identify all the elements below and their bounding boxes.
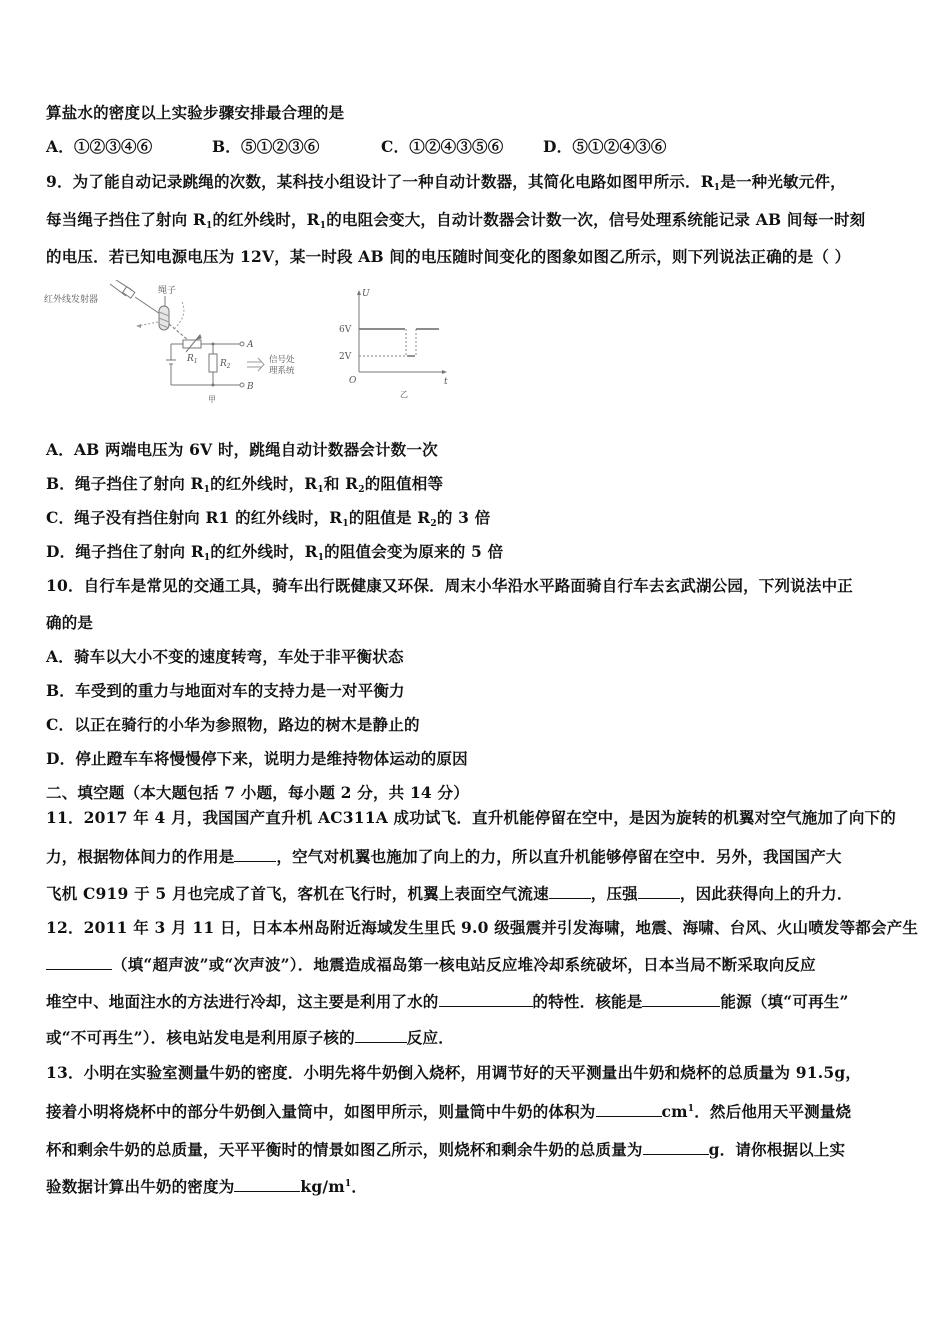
origin-label: O [349, 376, 357, 386]
q12-line-1: 12．2011 年 3 月 11 日，日本本州岛附近海域发生里氏 9.0 级强震… [46, 918, 918, 938]
double-arrow-icon [247, 358, 264, 371]
emitter-label: 红外线发射器 [44, 293, 98, 305]
q9-option-d: D．绳子挡住了射向 R1的红外线时，R1的阻值会变为原来的 5 倍 [46, 542, 503, 562]
q13-line-1: 13．小明在实验室测量牛奶的密度．小明先将牛奶倒入烧杯，用调节好的天平测量出牛奶… [46, 1063, 861, 1083]
tick-2v: 2V [339, 352, 352, 362]
q8-option-a: A．①②③④⑥ [46, 137, 152, 157]
q8-option-b: B．⑤①②③⑥ [212, 137, 320, 157]
circuit-and-graph-figure: 红外线发射器 绳子 [40, 280, 460, 410]
q10-option-c: C．以正在骑行的小华为参照物，路边的树木是静止的 [46, 715, 420, 735]
q10-option-d: D．停止蹬车车将慢慢停下来，说明力是维持物体运动的原因 [46, 749, 468, 769]
section-2-heading: 二、填空题（本大题包括 7 小题，每小题 2 分，共 14 分） [46, 783, 469, 803]
r1-label: R1 [186, 354, 198, 365]
q9-stem-line-3: 的电压．若已知电源电压为 12V，某一时段 AB 间的电压随时间变化的图象如图乙… [46, 247, 850, 267]
q12-blank-1[interactable] [46, 954, 112, 970]
q13-line-2: 接着小明将烧杯中的部分牛奶倒入量筒中，如图甲所示，则量筒中牛奶的体积为cm1．然… [46, 1101, 851, 1122]
rope-icon [159, 296, 169, 330]
r2-label: R2 [219, 359, 231, 370]
axis-u-label: U [362, 289, 370, 299]
axis-t-label: t [444, 377, 448, 387]
q11-line-1: 11．2017 年 4 月，我国国产直升机 AC311A 成功试飞．直升机能停留… [46, 808, 896, 828]
q10-option-a: A．骑车以大小不变的速度转弯，车处于非平衡状态 [46, 647, 404, 667]
q11-blank-2[interactable] [549, 883, 591, 899]
q8-option-c: C．①②④③⑤⑥ [381, 137, 503, 157]
rope-label: 绳子 [158, 285, 176, 296]
figure-a-caption: 甲 [208, 395, 216, 404]
q9-option-a: A．AB 两端电压为 6V 时，跳绳自动计数器会计数一次 [46, 440, 438, 460]
q12-line-3: 堆空中、地面注水的方法进行冷却，这主要是利用了水的的特性．核能是能源（填“可再生… [46, 991, 849, 1012]
q12-blank-4[interactable] [355, 1027, 407, 1043]
q10-option-b: B．车受到的重力与地面对车的支持力是一对平衡力 [46, 681, 405, 701]
q8-stem-tail: 算盐水的密度以上实验步骤安排最合理的是 [46, 103, 344, 123]
q13-blank-density[interactable] [234, 1176, 300, 1192]
q9-stem-line-1: 9．为了能自动记录跳绳的次数，某科技小组设计了一种自动计数器，其简化电路如图甲所… [46, 172, 846, 192]
q13-line-4: 验数据计算出牛奶的密度为kg/m1． [46, 1176, 367, 1197]
exam-page: 算盐水的密度以上实验步骤安排最合理的是 A．①②③④⑥ B．⑤①②③⑥ C．①②… [0, 0, 950, 1344]
q9-option-b: B．绳子挡住了射向 R1的红外线时，R1和 R2的阻值相等 [46, 474, 443, 494]
q9-stem-line-2: 每当绳子挡住了射向 R1的红外线时，R1的电阻会变大，自动计数器会计数一次，信号… [46, 210, 865, 230]
q12-line-4: 或“不可再生”）．核电站发电是利用原子核的反应． [46, 1027, 454, 1048]
terminal-a-label: A [246, 340, 254, 350]
signal-system-label-2: 理系统 [269, 365, 295, 376]
q8-option-d: D．⑤①②④③⑥ [543, 137, 667, 157]
q12-blank-2[interactable] [439, 991, 533, 1007]
q13-blank-mass[interactable] [643, 1139, 709, 1155]
circuit-diagram [166, 335, 244, 387]
q10-stem-line-1: 10．自行车是常见的交通工具，骑车出行既健康又环保．周末小华沿水平路面骑自行车去… [46, 576, 853, 596]
q12-line-2: （填“超声波”或“次声波”）．地震造成福岛第一核电站反应堆冷却系统破坏，日本当局… [46, 954, 816, 975]
q11-line-2: 力，根据物体间力的作用是，空气对机翼也施加了向上的力，所以直升机能够停留在空中．… [46, 846, 842, 867]
q9-option-c: C．绳子没有挡住射向 R1 的红外线时，R1的阻值是 R2的 3 倍 [46, 508, 490, 528]
figure-b-caption: 乙 [400, 390, 408, 399]
terminal-b-label: B [246, 382, 254, 392]
q11-line-3: 飞机 C919 于 5 月也完成了首飞，客机在飞行时，机翼上表面空气流速，压强，… [46, 883, 853, 904]
q12-blank-3[interactable] [642, 991, 720, 1007]
signal-system-label-1: 信号处 [269, 354, 295, 365]
q13-line-3: 杯和剩余牛奶的总质量，天平平衡时的情景如图乙所示，则烧杯和剩余牛奶的总质量为g．… [46, 1139, 845, 1160]
q11-blank-1[interactable] [234, 846, 276, 862]
q10-stem-line-2: 确的是 [46, 613, 93, 633]
q11-blank-3[interactable] [638, 883, 680, 899]
q9-figure: 红外线发射器 绳子 [40, 280, 460, 410]
voltage-time-graph [357, 290, 447, 374]
tick-6v: 6V [339, 325, 352, 335]
q13-blank-volume[interactable] [596, 1101, 662, 1117]
